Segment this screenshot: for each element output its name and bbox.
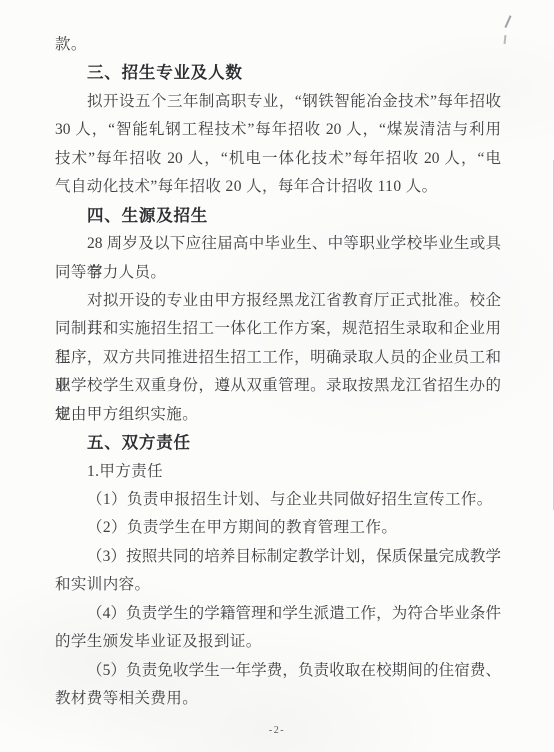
text-line: 1.甲方责任 bbox=[55, 458, 501, 486]
text-line: 28 周岁及以下应往届高中毕业生、中等职业学校毕业生或具有 bbox=[55, 230, 501, 258]
text-line: 同制订和实施招生招工一体化工作方案，规范招生录取和企业用工 bbox=[55, 315, 501, 343]
text-line: 30 人，“智能轧钢工程技术”每年招收 20 人，“煤炭清洁与利用 bbox=[55, 116, 501, 144]
document-text: 款。 三、招生专业及人数 拟开设五个三年制高职专业，“钢铁智能冶金技术”每年招收… bbox=[55, 31, 501, 714]
section-heading: 四、生源及招生 bbox=[55, 202, 501, 230]
text-line: 程序，双方共同推进招生招工工作，明确录取人员的企业员工和职 bbox=[55, 344, 501, 372]
text-line: 教材费等相关费用。 bbox=[55, 685, 501, 713]
scan-artifact-tick bbox=[504, 35, 506, 44]
text-line: （4）负责学生的学籍管理和学生派遣工作，为符合毕业条件 bbox=[55, 600, 501, 628]
page-number: -2- bbox=[0, 725, 554, 736]
text-line: 款。 bbox=[55, 31, 501, 59]
text-line: 对拟开设的专业由甲方报经黑龙江省教育厅正式批准。校企共 bbox=[55, 287, 501, 315]
text-line: （1）负责申报招生计划、与企业共同做好招生宣传工作。 bbox=[55, 486, 501, 514]
section-heading: 三、招生专业及人数 bbox=[55, 59, 501, 87]
text-line: 技术”每年招收 20 人，“机电一体化技术”每年招收 20 人，“电 bbox=[55, 145, 501, 173]
text-line: （2）负责学生在甲方期间的教育管理工作。 bbox=[55, 514, 501, 542]
text-line: 拟开设五个三年制高职专业，“钢铁智能冶金技术”每年招收 bbox=[55, 88, 501, 116]
text-line: 和实训内容。 bbox=[55, 571, 501, 599]
text-line: 的学生颁发毕业证及报到证。 bbox=[55, 628, 501, 656]
section-heading: 五、双方责任 bbox=[55, 429, 501, 457]
text-line: （3）按照共同的培养目标制定教学计划，保质保量完成教学 bbox=[55, 543, 501, 571]
scan-artifact-slash bbox=[504, 15, 511, 27]
text-line: 同等学力人员。 bbox=[55, 259, 501, 287]
document-page: 款。 三、招生专业及人数 拟开设五个三年制高职专业，“钢铁智能冶金技术”每年招收… bbox=[0, 0, 554, 752]
text-line: 业学校学生双重身份，遵从双重管理。录取按黑龙江省招生办的规 bbox=[55, 372, 501, 400]
text-line: 气自动化技术”每年招收 20 人，每年合计招收 110 人。 bbox=[55, 173, 501, 201]
text-line: （5）负责免收学生一年学费，负责收取在校期间的住宿费、 bbox=[55, 657, 501, 685]
text-line: 定由甲方组织实施。 bbox=[55, 401, 501, 429]
